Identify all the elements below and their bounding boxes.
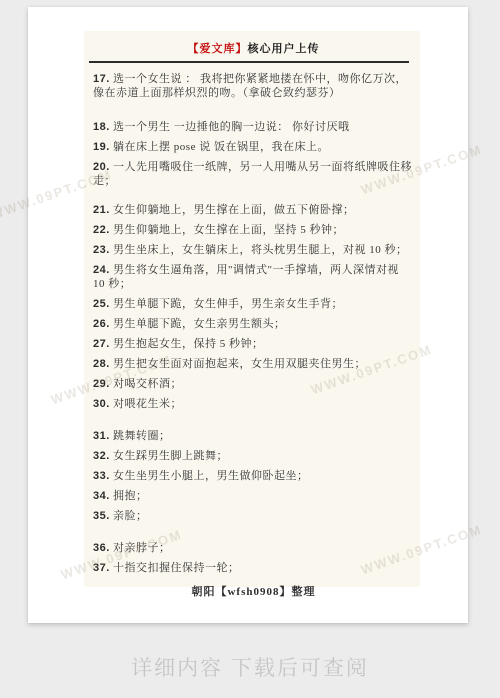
item-number: 32. xyxy=(93,450,110,462)
list-item: 20. 一人先用嘴吸住一纸牌，另一人用嘴从另一面将纸牌吸住移走； xyxy=(93,160,414,188)
item-text: 对喂花生米； xyxy=(113,398,182,410)
item-text: 女生仰躺地上，男生撑在上面，做五下俯卧撑； xyxy=(113,204,355,216)
item-number: 17. xyxy=(93,73,110,85)
list-item: 24. 男生将女生逼角落，用"调情式"一手撑墙，两人深情对视 10 秒； xyxy=(93,263,414,291)
list-item: 30. 对喂花生米； xyxy=(93,397,414,411)
header-divider xyxy=(89,61,409,63)
list-item: 29. 对喝交杯酒； xyxy=(93,377,414,391)
list-item: 22. 男生仰躺地上，女生撑在上面，坚持 5 秒钟； xyxy=(93,223,414,237)
item-number: 33. xyxy=(93,470,110,482)
item-text: 亲脸； xyxy=(113,510,148,522)
item-text: 一人先用嘴吸住一纸牌，另一人用嘴从另一面将纸牌吸住移走； xyxy=(93,161,412,187)
item-number: 20. xyxy=(93,161,110,173)
item-text: 选一个男生 一边捶他的胸一边说： 你好讨厌哦 xyxy=(113,121,350,133)
item-number: 31. xyxy=(93,430,110,442)
item-number: 35. xyxy=(93,510,110,522)
list-item: 31. 跳舞转圈； xyxy=(93,429,414,443)
list-item: 35. 亲脸； xyxy=(93,509,414,523)
item-text: 跳舞转圈； xyxy=(113,430,171,442)
list-item: 37. 十指交扣握住保持一轮； xyxy=(93,561,414,575)
list-item: 21. 女生仰躺地上，男生撑在上面，做五下俯卧撑； xyxy=(93,203,414,217)
item-number: 23. xyxy=(93,244,110,256)
item-number: 25. xyxy=(93,298,110,310)
document-page: 【爱文库】核心用户上传 17. 选一个女生说 ： 我将把你紧紧地搂在怀中，吻你亿… xyxy=(28,7,468,623)
document-footer: 朝阳【wfsh0908】整理 xyxy=(93,583,414,599)
item-list: 17. 选一个女生说 ： 我将把你紧紧地搂在怀中，吻你亿万次，像在赤道上面那样炽… xyxy=(93,72,414,575)
item-number: 22. xyxy=(93,224,110,236)
item-number: 30. xyxy=(93,398,110,410)
item-number: 27. xyxy=(93,338,110,350)
list-item: 18. 选一个男生 一边捶他的胸一边说： 你好讨厌哦 xyxy=(93,120,414,134)
list-item: 17. 选一个女生说 ： 我将把你紧紧地搂在怀中，吻你亿万次，像在赤道上面那样炽… xyxy=(93,72,414,100)
item-text: 女生坐男生小腿上，男生做仰卧起坐； xyxy=(113,470,309,482)
list-item: 19. 躺在床上摆 pose 说 饭在锅里，我在床上。 xyxy=(93,140,414,154)
document-content-area: 【爱文库】核心用户上传 17. 选一个女生说 ： 我将把你紧紧地搂在怀中，吻你亿… xyxy=(84,31,420,587)
item-text: 男生单腿下跪，女生伸手，男生亲女生手背； xyxy=(113,298,343,310)
item-number: 19. xyxy=(93,141,110,153)
item-text: 男生单腿下跪，女生亲男生额头； xyxy=(113,318,286,330)
list-item: 28. 男生把女生面对面抱起来，女生用双腿夹住男生； xyxy=(93,357,414,371)
site-brand-label: 【爱文库】 xyxy=(188,43,248,55)
item-number: 18. xyxy=(93,121,110,133)
item-number: 29. xyxy=(93,378,110,390)
document-header: 【爱文库】核心用户上传 xyxy=(93,40,414,56)
item-text: 男生抱起女生，保持 5 秒钟； xyxy=(113,338,264,350)
item-text: 十指交扣握住保持一轮； xyxy=(113,562,240,574)
list-item: 25. 男生单腿下跪，女生伸手，男生亲女生手背； xyxy=(93,297,414,311)
item-text: 拥抱； xyxy=(113,490,148,502)
item-text: 女生踩男生脚上跳舞； xyxy=(113,450,228,462)
list-item: 26. 男生单腿下跪，女生亲男生额头； xyxy=(93,317,414,331)
item-text: 男生把女生面对面抱起来，女生用双腿夹住男生； xyxy=(113,358,366,370)
preview-caption: 详细内容 下载后可查阅 xyxy=(0,652,500,682)
list-item: 23. 男生坐床上，女生躺床上，将头枕男生腿上，对视 10 秒； xyxy=(93,243,414,257)
list-item: 32. 女生踩男生脚上跳舞； xyxy=(93,449,414,463)
list-item: 33. 女生坐男生小腿上，男生做仰卧起坐； xyxy=(93,469,414,483)
item-number: 21. xyxy=(93,204,110,216)
item-number: 36. xyxy=(93,542,110,554)
item-number: 24. xyxy=(93,264,110,276)
item-text: 躺在床上摆 pose 说 饭在锅里，我在床上。 xyxy=(113,141,329,153)
item-number: 37. xyxy=(93,562,110,574)
item-number: 26. xyxy=(93,318,110,330)
item-text: 选一个女生说 ： 我将把你紧紧地搂在怀中，吻你亿万次，像在赤道上面那样炽烈的吻。… xyxy=(93,73,407,99)
header-suffix-label: 核心用户上传 xyxy=(248,43,320,55)
item-text: 对亲脖子； xyxy=(113,542,171,554)
item-number: 34. xyxy=(93,490,110,502)
item-text: 男生坐床上，女生躺床上，将头枕男生腿上，对视 10 秒； xyxy=(113,244,408,256)
item-number: 28. xyxy=(93,358,110,370)
item-text: 男生将女生逼角落，用"调情式"一手撑墙，两人深情对视 10 秒； xyxy=(93,264,399,290)
list-item: 36. 对亲脖子； xyxy=(93,541,414,555)
item-text: 对喝交杯酒； xyxy=(113,378,182,390)
item-text: 男生仰躺地上，女生撑在上面，坚持 5 秒钟； xyxy=(113,224,344,236)
list-item: 27. 男生抱起女生，保持 5 秒钟； xyxy=(93,337,414,351)
list-item: 34. 拥抱； xyxy=(93,489,414,503)
